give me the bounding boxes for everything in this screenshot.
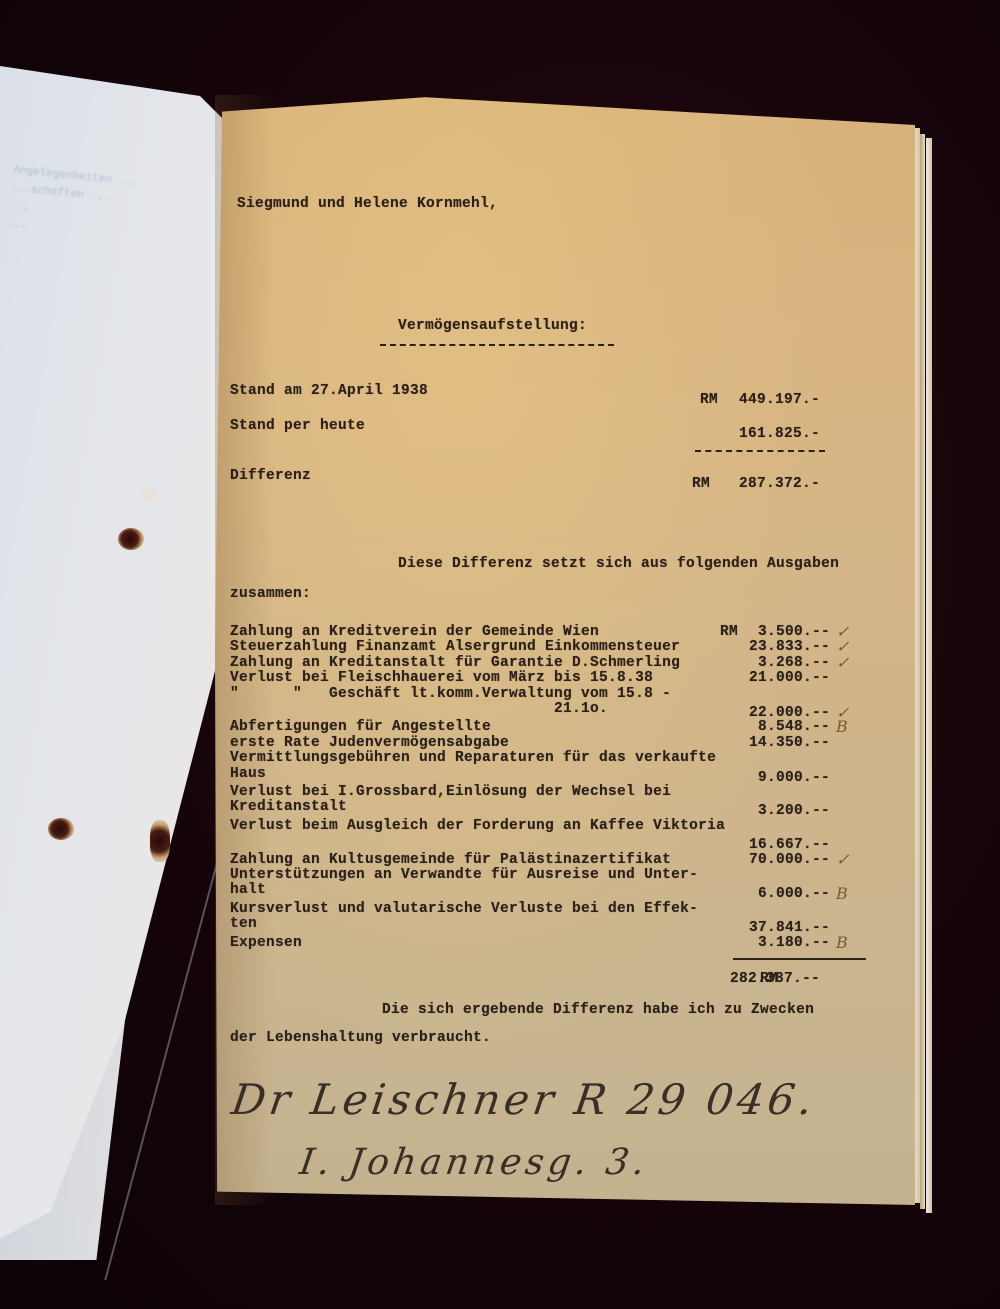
expense-description: " " Geschäft lt.komm.Verwaltung vom 15.8… xyxy=(230,686,671,702)
expense-amount: 23.833.-- xyxy=(690,639,830,655)
intro-line-2: zusammen: xyxy=(230,586,311,602)
handwritten-note-line-2: I. Johannesg. 3. xyxy=(297,1142,651,1183)
page-edge xyxy=(926,138,932,1213)
summary-label-today: Stand per heute xyxy=(230,418,365,434)
expense-description: Zahlung an Kreditverein der Gemeinde Wie… xyxy=(230,624,599,640)
pencil-checkmark-icon: ✓ xyxy=(836,653,849,672)
title-underline xyxy=(380,344,614,346)
pencil-b-mark-icon: B xyxy=(836,717,848,736)
expense-description: Steuerzahlung Finanzamt Alsergrund Einko… xyxy=(230,639,680,655)
punch-hole-icon xyxy=(48,818,74,840)
expense-amount: 3.500.-- xyxy=(690,624,830,640)
expense-amount: 21.000.-- xyxy=(690,670,830,686)
summary-label-difference: Differenz xyxy=(230,468,311,484)
expense-description: Kursverlust und valutarische Verluste be… xyxy=(230,901,698,917)
expense-description: Expensen xyxy=(230,935,302,951)
expense-description: Zahlung an Kultusgemeinde für Palästinaz… xyxy=(230,852,671,868)
expense-description: ten xyxy=(230,916,257,932)
expense-description: Zahlung an Kreditanstalt für Garantie D.… xyxy=(230,655,680,671)
expense-description: Abfertigungen für Angestellte xyxy=(230,719,491,735)
punch-hole-icon xyxy=(142,487,158,501)
intro-line-1: Diese Differenz setzt sich aus folgenden… xyxy=(398,556,839,572)
summary-amount-start: 449.197.- xyxy=(680,392,820,408)
closing-line-1: Die sich ergebende Differenz habe ich zu… xyxy=(382,1002,814,1018)
expense-amount: 3.180.-- xyxy=(690,935,830,951)
page-edge xyxy=(920,134,925,1209)
expense-amount: 3.268.-- xyxy=(690,655,830,671)
expense-description: halt xyxy=(230,882,266,898)
addressee: Siegmund und Helene Kornmehl, xyxy=(237,196,498,212)
expense-description: Kreditanstalt xyxy=(230,799,347,815)
pencil-b-mark-icon: B xyxy=(836,884,848,903)
expense-description: Unterstützungen an Verwandte für Ausreis… xyxy=(230,867,698,883)
summary-rule xyxy=(695,450,825,452)
punch-hole-icon xyxy=(150,820,170,862)
expense-description: Verlust bei Fleischhauerei vom März bis … xyxy=(230,670,653,686)
summary-label-start: Stand am 27.April 1938 xyxy=(230,383,428,399)
expense-description: Haus xyxy=(230,766,266,782)
pencil-checkmark-icon: ✓ xyxy=(836,850,849,869)
total-underline xyxy=(733,958,866,960)
expense-amount: 14.350.-- xyxy=(690,735,830,751)
expense-amount: 6.000.-- xyxy=(690,886,830,902)
total-amount: 282.387.-- xyxy=(680,971,820,987)
expense-description: Vermittlungsgebühren und Reparaturen für… xyxy=(230,750,716,766)
expense-description: 21.1o. xyxy=(230,701,608,717)
expense-description: Verlust beim Ausgleich der Forderung an … xyxy=(230,818,725,834)
pencil-b-mark-icon: B xyxy=(836,933,848,952)
expense-description: erste Rate Judenvermögensabgabe xyxy=(230,735,509,751)
expense-amount: 70.000.-- xyxy=(690,852,830,868)
handwritten-note-line-1: Dr Leischner R 29 046. xyxy=(229,1075,820,1124)
punch-hole-icon xyxy=(118,528,144,550)
expense-amount: 9.000.-- xyxy=(690,770,830,786)
summary-amount-difference: 287.372.- xyxy=(680,476,820,492)
summary-amount-today: 161.825.- xyxy=(680,426,820,442)
expense-description: Verlust bei I.Grossbard,Einlösung der We… xyxy=(230,784,671,800)
expense-amount: 8.548.-- xyxy=(690,719,830,735)
document-title: Vermögensaufstellung: xyxy=(398,318,587,334)
closing-line-2: der Lebenshaltung verbraucht. xyxy=(230,1030,491,1046)
